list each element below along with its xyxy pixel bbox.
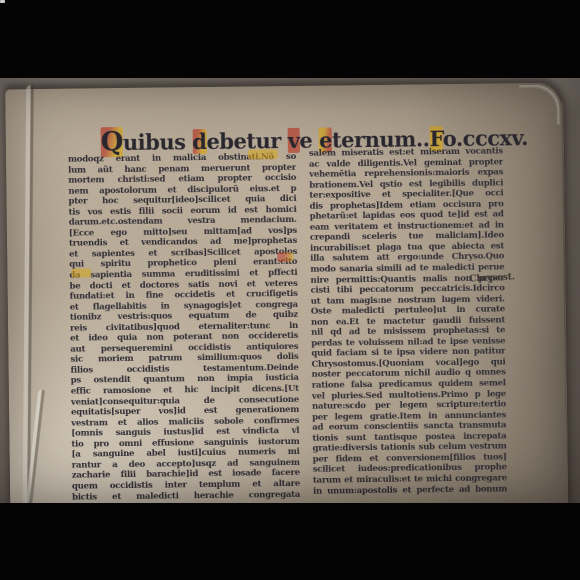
- photo-of-incunabulum-page: Quibus debetur ve eternum. .Fo.cccxv. mo…: [0, 0, 580, 580]
- letterbox-top: [0, 0, 580, 78]
- running-title-char: v: [288, 128, 300, 153]
- running-title-char: d: [192, 129, 206, 154]
- photo-area: Quibus debetur ve eternum. .Fo.cccxv. mo…: [0, 78, 580, 503]
- running-title-char: uibus: [123, 129, 193, 155]
- margin-note-chrysost: Chrysost.: [469, 272, 515, 284]
- photo-artifact-speck: [0, 0, 5, 3]
- rubrication-mark: [248, 149, 278, 159]
- letterbox-bottom: [0, 503, 580, 580]
- page-corner-fold: [519, 85, 559, 125]
- rubrication-mark: [71, 268, 91, 277]
- text-line: in unum:apostolis et perfecte ad bonum: [313, 484, 507, 497]
- text-column-left: modoqz erant in malicia obstinati.Nõ sol…: [68, 152, 300, 503]
- manuscript-page: Quibus debetur ve eternum. .Fo.cccxv. mo…: [5, 83, 569, 503]
- text-column-right: salem miseratis est:et miseram vocantisa…: [309, 146, 507, 496]
- rubrication-mark: [277, 252, 293, 262]
- text-line: bictis et maledicti herachie congregata: [72, 489, 300, 502]
- running-title-char: Q: [101, 127, 124, 157]
